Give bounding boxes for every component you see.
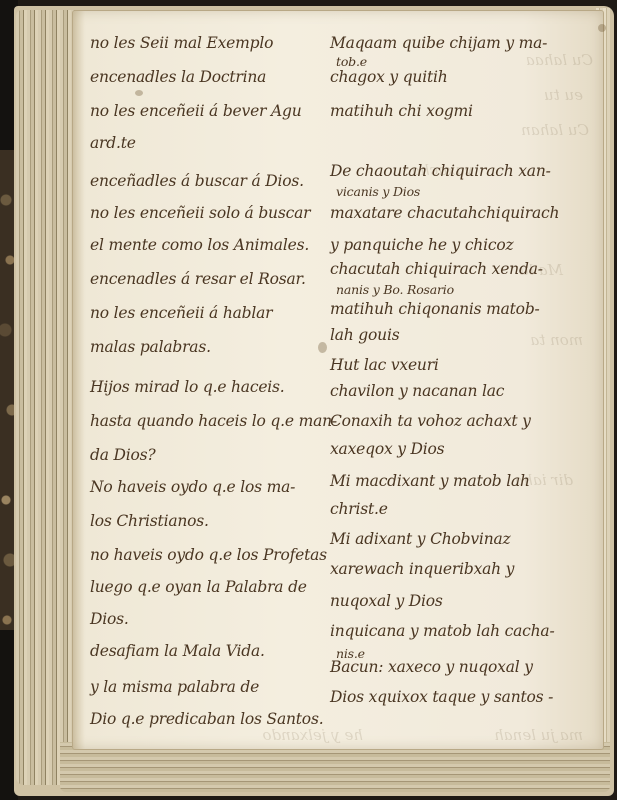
ink-blot — [318, 342, 327, 353]
manuscript-line: Hijos mirad lo q.e haceis. — [90, 378, 285, 396]
manuscript-line: encenadles á resar el Rosar. — [90, 270, 306, 288]
manuscript-line: nuqoxal y Dios — [330, 592, 443, 610]
manuscript-line: vicanis y Dios — [336, 184, 420, 199]
manuscript-line: Maqaam quibe chijam y ma- — [330, 34, 547, 52]
manuscript-line: Bacun: xaxeco y nuqoxal y — [330, 658, 533, 676]
manuscript-line: no les enceñeii á hablar — [90, 304, 272, 322]
manuscript-line: De chaoutah chiquirach xan- — [330, 162, 551, 180]
manuscript-line: nanis y Bo. Rosario — [336, 282, 454, 297]
manuscript-line: maxatare chacutahchiquirach — [330, 204, 559, 222]
manuscript-line: y la misma palabra de — [90, 678, 259, 696]
manuscript-line: no les enceñeii solo á buscar — [90, 204, 310, 222]
manuscript-line: Conaxih ta vohoz achaxt y — [330, 412, 531, 430]
manuscript-line: no les Seii mal Exemplo — [90, 34, 273, 52]
manuscript-line: enceñadles á buscar á Dios. — [90, 172, 304, 190]
manuscript-line: No haveis oydo q.e los ma- — [90, 478, 295, 496]
manuscript-line: malas palabras. — [90, 338, 211, 356]
manuscript-line: chagox y quitih — [330, 68, 448, 86]
ink-blot — [135, 90, 143, 96]
manuscript-line: y panquiche he y chicoz — [330, 236, 513, 254]
manuscript-line: el mente como los Animales. — [90, 236, 309, 254]
manuscript-line: matihuh chiqonanis matob- — [330, 300, 540, 318]
manuscript-line: chacutah chiquirach xenda- — [330, 260, 543, 278]
manuscript-line: hasta quando haceis lo q.e man- — [90, 412, 337, 430]
manuscript-line: matihuh chi xogmi — [330, 102, 473, 120]
manuscript-line: xaxeqox y Dios — [330, 440, 444, 458]
manuscript-line: Hut lac vxeuri — [330, 356, 439, 374]
manuscript-line: no les enceñeii á bever Agu — [90, 102, 302, 120]
manuscript-line: desafiam la Mala Vida. — [90, 642, 265, 660]
manuscript-line: christ.e — [330, 500, 388, 518]
manuscript-line: chavilon y nacanan lac — [330, 382, 504, 400]
manuscript-line: luego q.e oyan la Palabra de — [90, 578, 307, 596]
manuscript-line: Dios xquixox taque y santos - — [330, 688, 553, 706]
page-edges-left — [16, 10, 76, 785]
manuscript-line: Mi adixant y Chobvinaz — [330, 530, 510, 548]
manuscript-line: los Christianos. — [90, 512, 209, 530]
manuscript-line: Dio q.e predicaban los Santos. — [90, 710, 323, 728]
manuscript-line: xarewach inqueribxah y — [330, 560, 514, 578]
manuscript-line: da Dios? — [90, 446, 155, 464]
manuscript-line: encenadles la Doctrina — [90, 68, 266, 86]
manuscript-line: no haveis oydo q.e los Profetas — [90, 546, 327, 564]
paper-stain — [598, 24, 606, 32]
manuscript-line: Dios. — [90, 610, 129, 628]
manuscript-line: tob.e — [336, 54, 367, 69]
manuscript-line: lah gouis — [330, 326, 399, 344]
manuscript-line: inquicana y matob lah cacha- — [330, 622, 554, 640]
manuscript-line: ard.te — [90, 134, 136, 152]
manuscript-line: Mi macdixant y matob lah — [330, 472, 530, 490]
